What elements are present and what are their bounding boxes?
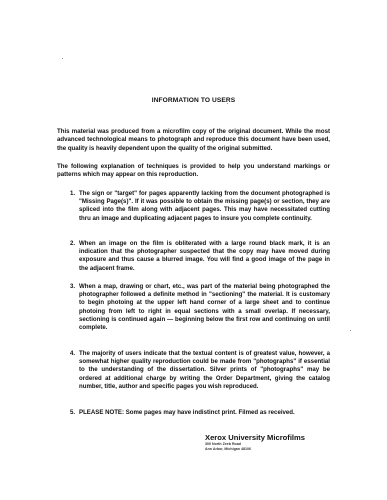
item-text: PLEASE NOTE: Some pages may have indisti… — [79, 409, 295, 416]
item-number: 3. — [70, 283, 75, 291]
item-number: 4. — [70, 350, 75, 358]
list-item: 1. The sign or "target" for pages appare… — [79, 190, 330, 223]
item-text: The majority of users indicate that the … — [79, 350, 330, 390]
list-item: 5. PLEASE NOTE: Some pages may have indi… — [79, 409, 330, 417]
list-item: 3. When a map, drawing or chart, etc., w… — [79, 283, 330, 332]
item-text: The sign or "target" for pages apparentl… — [79, 190, 330, 222]
item-number: 5. — [70, 409, 75, 417]
speck — [350, 330, 351, 331]
item-text: When a map, drawing or chart, etc., was … — [79, 283, 330, 331]
item-number: 2. — [70, 240, 75, 248]
item-number: 1. — [70, 190, 75, 198]
page-title: INFORMATION TO USERS — [0, 97, 387, 104]
item-text: When an image on the film is obliterated… — [79, 240, 330, 272]
explanation-paragraph: The following explanation of techniques … — [57, 163, 330, 180]
intro-paragraph: This material was produced from a microf… — [57, 128, 330, 153]
list-item: 4. The majority of users indicate that t… — [79, 350, 330, 391]
list-item: 2. When an image on the film is oblitera… — [79, 240, 330, 273]
publisher-address-line2: Ann Arbor, Michigan 48106 — [205, 447, 305, 452]
publisher-name: Xerox University Microfilms — [205, 433, 305, 442]
publisher-block: Xerox University Microfilms 300 North Ze… — [205, 433, 305, 452]
speck — [62, 58, 63, 59]
